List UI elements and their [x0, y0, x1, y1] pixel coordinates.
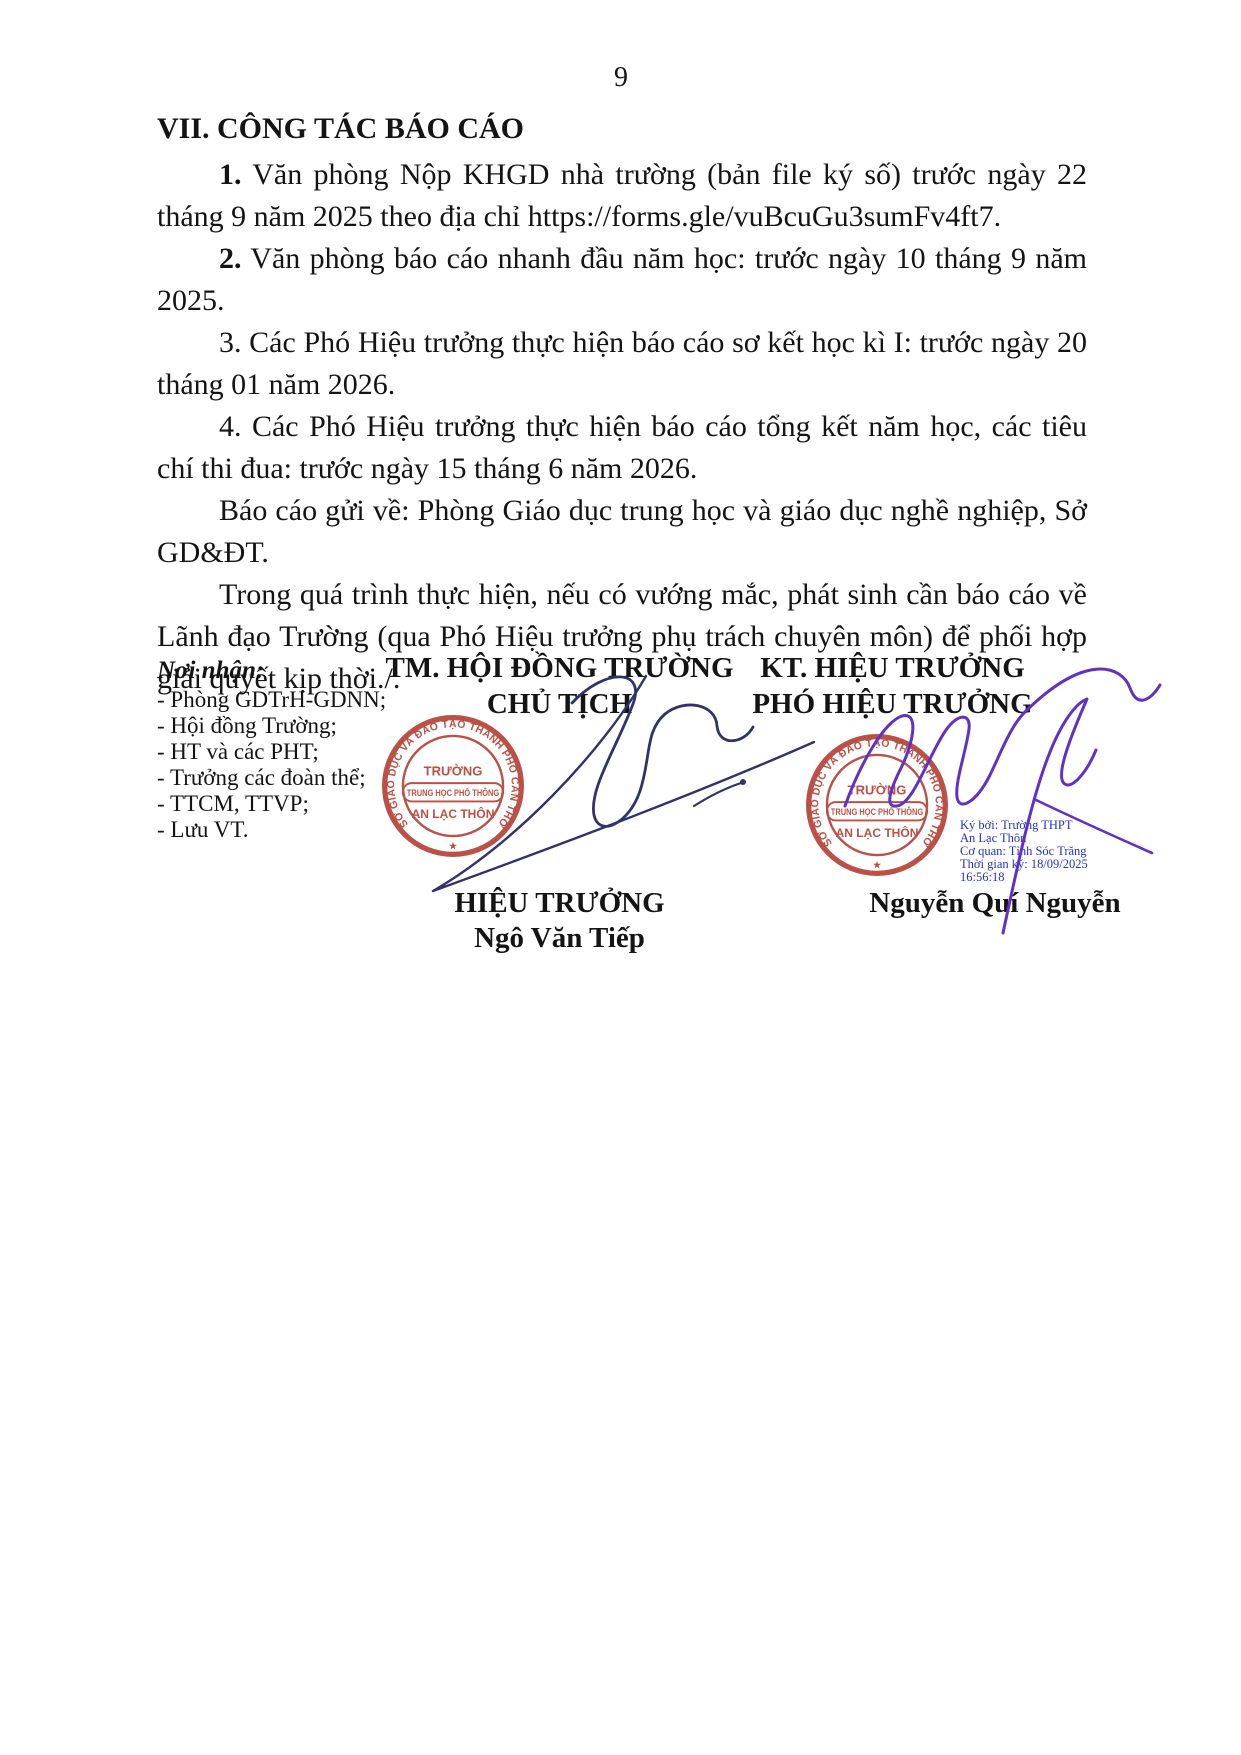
stamp-inner-ring — [827, 755, 927, 855]
principal-signature-header: KT. HIỆU TRƯỞNG PHÓ HIỆU TRƯỞNG — [700, 650, 1085, 722]
council-signer: HIỆU TRƯỞNG Ngô Văn Tiếp — [352, 886, 767, 956]
stamp-school-name: AN LẠC THÔN — [836, 825, 919, 840]
stamp-school-word: TRƯỜNG — [848, 782, 907, 797]
paragraph-4: 4. Các Phó Hiệu trưởng thực hiện báo cáo… — [157, 406, 1087, 490]
paragraph-text: 3. Các Phó Hiệu trưởng thực hiện báo cáo… — [157, 326, 1087, 401]
paragraph-2: 2. Văn phòng báo cáo nhanh đầu năm học: … — [157, 238, 1087, 322]
digital-signature-line: 16:56:18 — [960, 871, 1170, 884]
council-handwritten-signature — [694, 783, 741, 806]
stamp-school-type: TRUNG HỌC PHỔ THÔNG — [831, 806, 923, 817]
principal-signer: Nguyễn Quí Nguyễn — [800, 886, 1190, 921]
paragraph-text: Văn phòng báo cáo nhanh đầu năm học: trư… — [157, 242, 1087, 317]
red-circular-school-stamp-left: SỞ GIÁO DỤC VÀ ĐÀO TẠO THÀNH PHỐ CẦN THƠ… — [376, 709, 530, 863]
document-body: VII. CÔNG TÁC BÁO CÁO 1. Văn phòng Nộp K… — [157, 108, 1087, 700]
council-signer-name: Ngô Văn Tiếp — [352, 921, 767, 956]
principal-authority-line: KT. HIỆU TRƯỞNG — [700, 650, 1085, 686]
principal-role-line: PHÓ HIỆU TRƯỞNG — [700, 686, 1085, 722]
page-number: 9 — [157, 62, 1085, 94]
document-page: 9 VII. CÔNG TÁC BÁO CÁO 1. Văn phòng Nộp… — [0, 0, 1241, 1755]
paragraph-text: 4. Các Phó Hiệu trưởng thực hiện báo cáo… — [157, 410, 1087, 485]
stamp-school-name: AN LẠC THÔN — [412, 806, 495, 821]
council-signature-ink-dot — [740, 779, 746, 785]
council-signer-title: HIỆU TRƯỞNG — [352, 886, 767, 921]
paragraph-1: 1. Văn phòng Nộp KHGD nhà trường (bản fi… — [157, 154, 1087, 238]
red-circular-school-stamp-right: SỞ GIÁO DỤC VÀ ĐÀO TẠO THÀNH PHỐ CẦN THƠ… — [800, 728, 954, 882]
stamp-inner-ring — [403, 736, 503, 836]
stamp-star-icon: ★ — [872, 860, 881, 872]
paragraph-5: Báo cáo gửi về: Phòng Giáo dục trung học… — [157, 490, 1087, 574]
paragraph-number: 2. — [219, 242, 242, 275]
stamp-school-type: TRUNG HỌC PHỔ THÔNG — [407, 787, 499, 798]
section-heading: VII. CÔNG TÁC BÁO CÁO — [157, 108, 1087, 150]
stamp-star-icon: ★ — [448, 841, 457, 853]
stamp-school-word: TRƯỜNG — [424, 763, 483, 778]
principal-signer-name: Nguyễn Quí Nguyễn — [800, 886, 1190, 921]
digital-signature-info: Ký bởi: Trường THPT An Lạc Thôn Cơ quan:… — [960, 819, 1170, 884]
paragraph-text: Báo cáo gửi về: Phòng Giáo dục trung học… — [157, 494, 1087, 569]
paragraph-3: 3. Các Phó Hiệu trưởng thực hiện báo cáo… — [157, 322, 1087, 406]
paragraph-text: Văn phòng Nộp KHGD nhà trường (bản file … — [157, 158, 1087, 233]
paragraph-number: 1. — [219, 158, 242, 191]
